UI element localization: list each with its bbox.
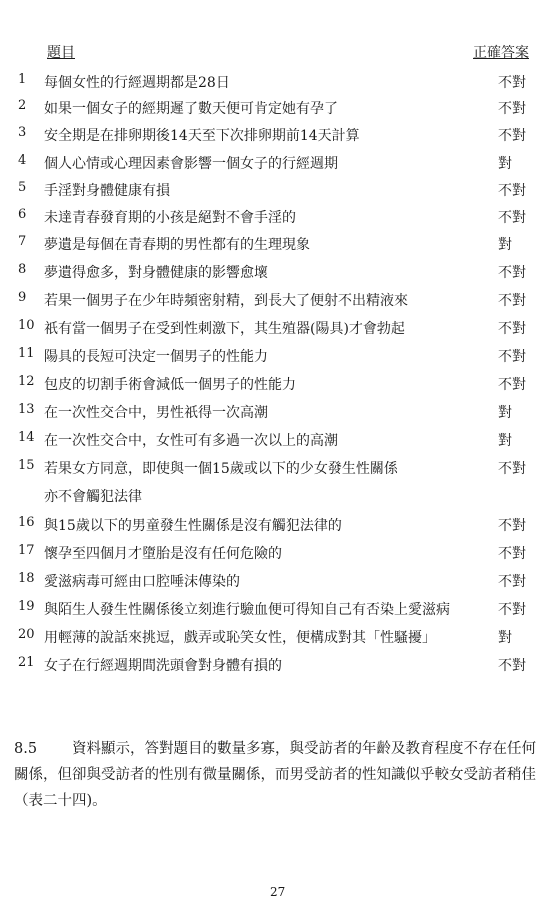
question-text: 祇有當一個男子在受到性刺激下，其生殖器(陽具)才會勃起	[44, 318, 405, 338]
section-number: 8.5	[14, 736, 72, 762]
row-number: 19	[18, 599, 42, 614]
row-number: 15	[18, 458, 42, 473]
table-row: 9若果一個男子在少年時頻密射精，到長大了便射不出精液來不對	[0, 290, 557, 312]
question-text: 如果一個女子的經期遲了數天便可肯定她有孕了	[44, 98, 338, 118]
question-text: 女子在行經週期間洗頭會對身體有損的	[44, 655, 282, 675]
question-text: 夢遺得愈多，對身體健康的影響愈壞	[44, 262, 268, 282]
table-row: 8夢遺得愈多，對身體健康的影響愈壞不對	[0, 262, 557, 284]
row-number: 11	[18, 346, 42, 361]
row-number: 14	[18, 430, 42, 445]
question-text: 未達青春發育期的小孩是絕對不會手淫的	[44, 207, 296, 227]
table-row-continuation: 亦不會觸犯法律	[0, 486, 557, 508]
row-number: 5	[18, 180, 42, 195]
question-text: 夢遺是每個在青春期的男性都有的生理現象	[44, 234, 310, 254]
row-number: 10	[18, 318, 42, 333]
table-row: 11陽具的長短可決定一個男子的性能力不對	[0, 346, 557, 368]
question-text: 在一次性交合中，男性祇得一次高潮	[44, 402, 268, 422]
question-text: 陽具的長短可決定一個男子的性能力	[44, 346, 268, 366]
row-number: 3	[18, 125, 42, 140]
answer: 對	[498, 430, 512, 450]
question-text: 安全期是在排卵期後14天至下次排卵期前14天計算	[44, 125, 360, 145]
page-number: 27	[270, 885, 285, 899]
body-paragraph: 8.5資料顯示，答對題目的數量多寡，與受訪者的年齡及教育程度不存在任何關係，但卻…	[14, 736, 544, 814]
table-row: 13在一次性交合中，男性祇得一次高潮對	[0, 402, 557, 424]
row-number: 13	[18, 402, 42, 417]
question-text: 包皮的切割手術會減低一個男子的性能力	[44, 374, 296, 394]
answer: 不對	[498, 543, 526, 563]
question-text: 在一次性交合中，女性可有多過一次以上的高潮	[44, 430, 338, 450]
header-answer: 正確答案	[473, 42, 529, 62]
row-number: 6	[18, 207, 42, 222]
row-number: 4	[18, 153, 42, 168]
row-number: 18	[18, 571, 42, 586]
row-number: 17	[18, 543, 42, 558]
question-text: 若果女方同意，即使與一個15歲或以下的少女發生性關係	[44, 458, 398, 478]
answer: 不對	[498, 571, 526, 591]
table-row: 2如果一個女子的經期遲了數天便可肯定她有孕了不對	[0, 98, 557, 120]
answer: 不對	[498, 374, 526, 394]
answer: 不對	[498, 72, 526, 92]
answer: 不對	[498, 125, 526, 145]
row-number: 7	[18, 234, 42, 249]
table-row: 4個人心情或心理因素會影響一個女子的行經週期對	[0, 153, 557, 175]
header-question: 題目	[47, 42, 75, 62]
table-row: 14在一次性交合中，女性可有多過一次以上的高潮對	[0, 430, 557, 452]
table-row: 3安全期是在排卵期後14天至下次排卵期前14天計算不對	[0, 125, 557, 147]
row-number: 9	[18, 290, 42, 305]
answer: 不對	[498, 346, 526, 366]
table-row: 10祇有當一個男子在受到性刺激下，其生殖器(陽具)才會勃起不對	[0, 318, 557, 340]
answer: 不對	[498, 599, 526, 619]
question-text-continued: 亦不會觸犯法律	[44, 486, 142, 506]
answer: 不對	[498, 318, 526, 338]
row-number: 21	[18, 655, 42, 670]
question-text: 用輕薄的說話來挑逗，戲弄或恥笑女性，便構成對其「性騷擾」	[44, 627, 436, 647]
table-row: 20用輕薄的說話來挑逗，戲弄或恥笑女性，便構成對其「性騷擾」對	[0, 627, 557, 649]
answer: 不對	[498, 290, 526, 310]
row-number: 12	[18, 374, 42, 389]
table-row: 15若果女方同意，即使與一個15歲或以下的少女發生性關係不對	[0, 458, 557, 480]
answer: 不對	[498, 98, 526, 118]
table-row: 16與15歲以下的男童發生性關係是沒有觸犯法律的不對	[0, 515, 557, 537]
answer: 不對	[498, 262, 526, 282]
answer: 不對	[498, 458, 526, 478]
question-text: 與陌生人發生性關係後立刻進行驗血便可得知自己有否染上愛滋病	[44, 599, 450, 619]
paragraph-text: 資料顯示，答對題目的數量多寡，與受訪者的年齡及教育程度不存在任何關係，但卻與受訪…	[14, 741, 536, 809]
row-number: 20	[18, 627, 42, 642]
question-text: 愛滋病毒可經由口腔唾沫傳染的	[44, 571, 240, 591]
question-text: 手淫對身體健康有損	[44, 180, 170, 200]
row-number: 8	[18, 262, 42, 277]
answer: 不對	[498, 180, 526, 200]
row-number: 16	[18, 515, 42, 530]
table-row: 6未達青春發育期的小孩是絕對不會手淫的不對	[0, 207, 557, 229]
table-row: 7夢遺是每個在青春期的男性都有的生理現象對	[0, 234, 557, 256]
question-text: 與15歲以下的男童發生性關係是沒有觸犯法律的	[44, 515, 342, 535]
table-row: 21女子在行經週期間洗頭會對身體有損的不對	[0, 655, 557, 677]
row-number: 1	[18, 72, 42, 87]
answer: 不對	[498, 515, 526, 535]
question-text: 個人心情或心理因素會影響一個女子的行經週期	[44, 153, 338, 173]
question-text: 每個女性的行經週期都是28日	[44, 72, 230, 92]
answer: 對	[498, 153, 512, 173]
table-row: 5手淫對身體健康有損不對	[0, 180, 557, 202]
table-row: 1每個女性的行經週期都是28日不對	[0, 72, 557, 94]
answer: 對	[498, 234, 512, 254]
answer: 對	[498, 402, 512, 422]
answer: 不對	[498, 207, 526, 227]
row-number: 2	[18, 98, 42, 113]
table-row: 17懷孕至四個月才墮胎是沒有任何危險的不對	[0, 543, 557, 565]
table-row: 18愛滋病毒可經由口腔唾沫傳染的不對	[0, 571, 557, 593]
answer: 對	[498, 627, 512, 647]
table-row: 12包皮的切割手術會減低一個男子的性能力不對	[0, 374, 557, 396]
answer: 不對	[498, 655, 526, 675]
question-text: 懷孕至四個月才墮胎是沒有任何危險的	[44, 543, 282, 563]
question-text: 若果一個男子在少年時頻密射精，到長大了便射不出精液來	[44, 290, 408, 310]
table-row: 19與陌生人發生性關係後立刻進行驗血便可得知自己有否染上愛滋病不對	[0, 599, 557, 621]
